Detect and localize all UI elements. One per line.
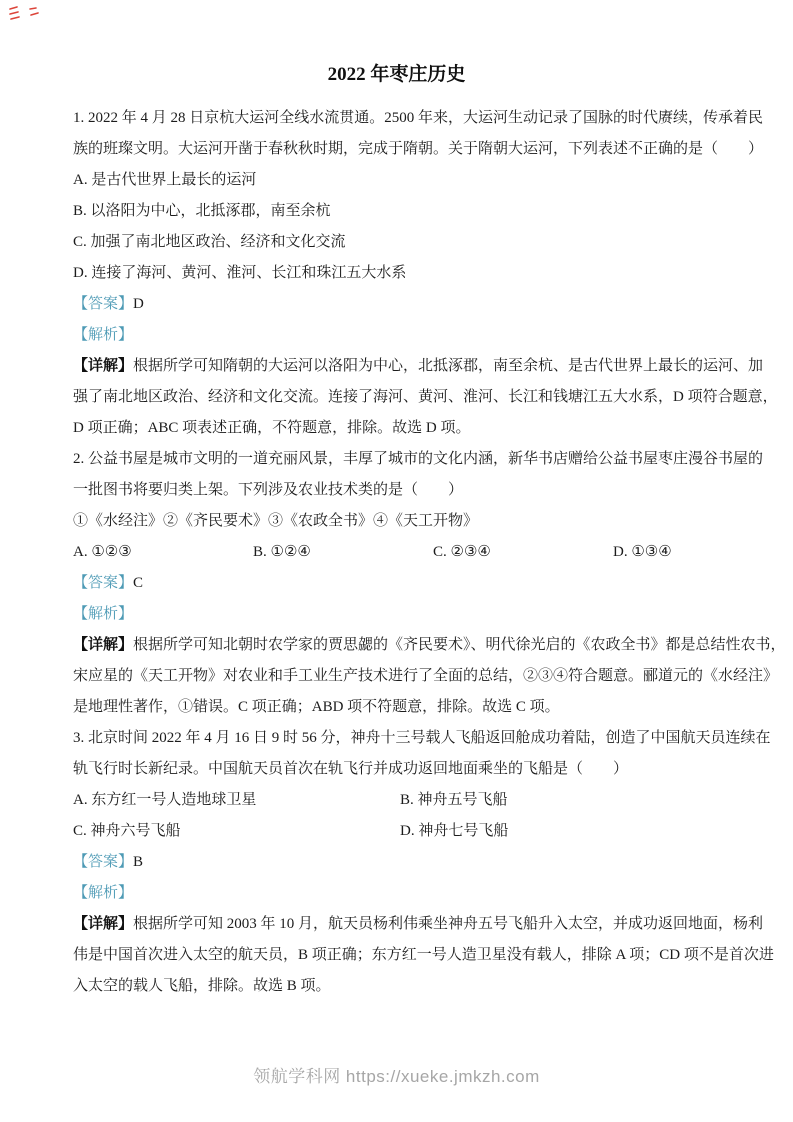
page-title: 2022 年枣庄历史 [0, 59, 793, 86]
q2-detail-line: 宋应星的《天工开物》对农业和手工业生产技术进行了全面的总结，②③④符合题意。郦道… [73, 661, 749, 692]
q1-detail-text: 根据所学可知隋朝的大运河以洛阳为中心，北抵涿郡，南至余杭、是古代世界上最长的运河… [133, 358, 763, 374]
q1-option-c: C. 加强了南北地区政治、经济和文化交流 [73, 227, 749, 258]
q1-analysis-line: 【解析】 [73, 320, 749, 351]
q2-options-row: A. ①②③B. ①②④C. ②③④D. ①③④ [73, 537, 749, 568]
q2-option-b: B. ①②④ [253, 537, 433, 568]
analysis-label: 【解析】 [73, 606, 133, 622]
analysis-label: 【解析】 [73, 327, 133, 343]
q1-detail-line: 强了南北地区政治、经济和文化交流。连接了海河、黄河、淮河、长江和钱塘江五大水系，… [73, 382, 749, 413]
q3-detail-line: 入太空的载人飞船，排除。故选 B 项。 [73, 971, 749, 1002]
q1-stem-line: 族的班璨文明。大运河开凿于春秋秋时期，完成于隋朝。关于隋朝大运河，下列表述不正确… [73, 134, 749, 165]
q1-answer-value: D [133, 296, 144, 312]
q1-option-b: B. 以洛阳为中心，北抵涿郡，南至余杭 [73, 196, 749, 227]
q2-stem-line: 2. 公益书屋是城市文明的一道充丽风景，丰厚了城市的文化内涵，新华书店赠给公益书… [73, 444, 749, 475]
detail-label: 【详解】 [73, 637, 133, 653]
q2-detail-line: 是地理性著作，①错误。C 项正确；ABD 项不符题意，排除。故选 C 项。 [73, 692, 749, 723]
answer-label: 【答案】 [73, 575, 133, 591]
q2-stem-line: 一批图书将要归类上架。下列涉及农业技术类的是（ ） [73, 475, 749, 506]
corner-red-marks-icon [8, 5, 44, 21]
q2-detail-text: 根据所学可知北朝时农学家的贾思勰的《齐民要术》、明代徐光启的《农政全书》都是总结… [133, 637, 786, 653]
q2-items-line: ①《水经注》②《齐民要术》③《农政全书》④《天工开物》 [73, 506, 749, 537]
q1-option-d: D. 连接了海河、黄河、淮河、长江和珠江五大水系 [73, 258, 749, 289]
document-page: 2022 年枣庄历史 1. 2022 年 4 月 28 日京杭大运河全线水流贯通… [0, 0, 793, 1122]
q3-detail-line: 【详解】根据所学可知 2003 年 10 月，航天员杨利伟乘坐神舟五号飞船升入太… [73, 909, 749, 940]
q3-option-c: C. 神舟六号飞船 [73, 816, 400, 847]
q1-detail-line: 【详解】根据所学可知隋朝的大运河以洛阳为中心，北抵涿郡，南至余杭、是古代世界上最… [73, 351, 749, 382]
answer-label: 【答案】 [73, 296, 133, 312]
q3-analysis-line: 【解析】 [73, 878, 749, 909]
q3-stem-line: 轨飞行时长新纪录。中国航天员首次在轨飞行并成功返回地面乘坐的飞船是（ ） [73, 754, 749, 785]
q2-answer-line: 【答案】C [73, 568, 749, 599]
q3-detail-text: 根据所学可知 2003 年 10 月，航天员杨利伟乘坐神舟五号飞船升入太空，并成… [133, 916, 763, 932]
q2-option-d: D. ①③④ [613, 537, 793, 568]
detail-label: 【详解】 [73, 358, 133, 374]
q3-detail-line: 伟是中国首次进入太空的航天员，B 项正确；东方红一号人造卫星没有载人，排除 A … [73, 940, 749, 971]
q2-answer-value: C [133, 575, 143, 591]
q2-detail-line: 【详解】根据所学可知北朝时农学家的贾思勰的《齐民要术》、明代徐光启的《农政全书》… [73, 630, 749, 661]
q1-option-a: A. 是古代世界上最长的运河 [73, 165, 749, 196]
q3-stem-line: 3. 北京时间 2022 年 4 月 16 日 9 时 56 分，神舟十三号载人… [73, 723, 749, 754]
q3-option-b: B. 神舟五号飞船 [400, 785, 508, 816]
watermark-footer: 领航学科网 https://xueke.jmkzh.com [0, 1062, 793, 1087]
q3-answer-value: B [133, 854, 143, 870]
document-body: 1. 2022 年 4 月 28 日京杭大运河全线水流贯通。2500 年来，大运… [73, 103, 749, 1002]
q2-option-c: C. ②③④ [433, 537, 613, 568]
q1-answer-line: 【答案】D [73, 289, 749, 320]
analysis-label: 【解析】 [73, 885, 133, 901]
q3-option-a: A. 东方红一号人造地球卫星 [73, 785, 400, 816]
q3-options-row: A. 东方红一号人造地球卫星B. 神舟五号飞船 [73, 785, 749, 816]
q1-stem-line: 1. 2022 年 4 月 28 日京杭大运河全线水流贯通。2500 年来，大运… [73, 103, 749, 134]
q1-detail-line: D 项正确；ABC 项表述正确，不符题意，排除。故选 D 项。 [73, 413, 749, 444]
detail-label: 【详解】 [73, 916, 133, 932]
answer-label: 【答案】 [73, 854, 133, 870]
q3-options-row: C. 神舟六号飞船D. 神舟七号飞船 [73, 816, 749, 847]
q2-option-a: A. ①②③ [73, 537, 253, 568]
q2-analysis-line: 【解析】 [73, 599, 749, 630]
q3-option-d: D. 神舟七号飞船 [400, 816, 508, 847]
q3-answer-line: 【答案】B [73, 847, 749, 878]
